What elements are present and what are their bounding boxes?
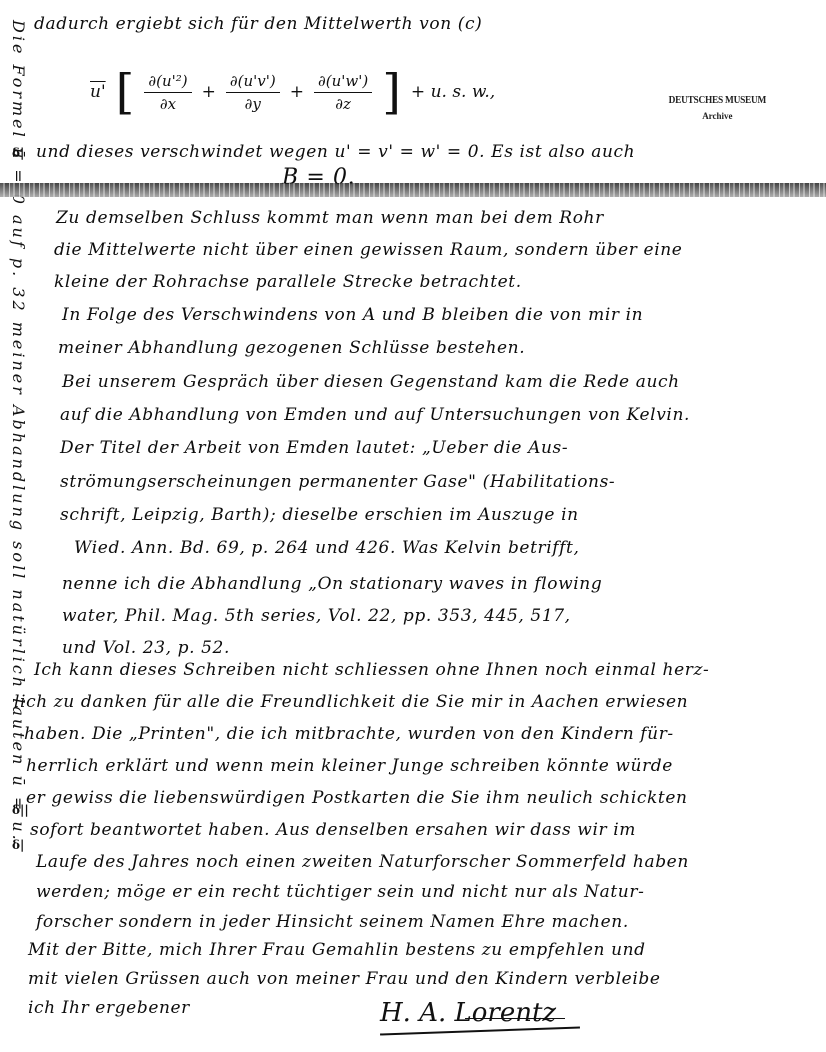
letter-line: nenne ich die Abhandlung „On stationary …	[62, 574, 602, 594]
letter-line: Mit der Bitte, mich Ihrer Frau Gemahlin …	[28, 940, 646, 960]
letter-line: werden; möge er ein recht tüchtiger sein…	[36, 882, 644, 902]
letter-line: Zu demselben Schluss kommt man wenn man …	[56, 208, 604, 228]
formula-term: ∂(u'w') ∂z	[314, 72, 372, 113]
archive-stamp: DEUTSCHES MUSEUM Archive	[660, 94, 775, 121]
letter-line: Der Titel der Arbeit von Emden lautet: „…	[60, 438, 568, 458]
formula-term: ∂(u'v') ∂y	[226, 72, 280, 113]
formula-bracket-open: [	[116, 68, 135, 116]
letter-line: strömungserscheinungen permanenter Gase"…	[60, 472, 615, 492]
formula-numerator: ∂(u'w')	[314, 72, 372, 93]
formula-plus: +	[202, 82, 216, 102]
formula-suffix: + u. s. w.,	[411, 82, 495, 102]
letter-line: schrift, Leipzig, Barth); dieselbe ersch…	[60, 505, 579, 525]
letter-line: und Vol. 23, p. 52.	[62, 638, 230, 658]
margin-marker: δ|	[12, 146, 24, 160]
letter-line: auf die Abhandlung von Emden und auf Unt…	[60, 405, 690, 425]
formula-numerator: ∂(u'v')	[226, 72, 280, 93]
letter-line: und dieses verschwindet wegen u' = v' = …	[36, 142, 635, 162]
letter-line: Wied. Ann. Bd. 69, p. 264 und 426. Was K…	[74, 538, 580, 558]
archive-stamp-title: DEUTSCHES MUSEUM	[669, 94, 766, 106]
letter-line: forscher sondern in jeder Hinsicht seine…	[36, 912, 629, 932]
letter-line: kleine der Rohrachse parallele Strecke b…	[54, 272, 522, 292]
signature-underline	[465, 1018, 565, 1019]
formula-bracket-close: ]	[382, 68, 401, 116]
margin-marker: δ|	[12, 838, 24, 852]
archive-stamp-subtitle: Archive	[660, 111, 775, 121]
letter-page: Die Formel ū = 0 auf p. 32 meiner Abhand…	[0, 0, 826, 1052]
letter-line: water, Phil. Mag. 5th series, Vol. 22, p…	[62, 606, 571, 626]
letter-line: meiner Abhandlung gezogenen Schlüsse bes…	[58, 338, 525, 358]
formula-denominator: ∂y	[245, 93, 261, 113]
letter-line: die Mittelwerte nicht über einen gewisse…	[54, 240, 682, 260]
letter-line: In Folge des Verschwindens von A und B b…	[62, 305, 643, 325]
letter-line: Laufe des Jahres noch einen zweiten Natu…	[36, 852, 689, 872]
letter-line: mit vielen Grüssen auch von meiner Frau …	[28, 969, 661, 989]
letter-line: ich Ihr ergebener	[28, 998, 190, 1018]
margin-note-text: Die Formel ū = 0 auf p. 32 meiner Abhand…	[9, 20, 28, 843]
formula-plus: +	[290, 82, 304, 102]
letter-line: herrlich erklärt und wenn mein kleiner J…	[26, 756, 673, 776]
letter-line: Bei unserem Gespräch über diesen Gegenst…	[62, 372, 680, 392]
letter-line: Ich kann dieses Schreiben nicht schliess…	[34, 660, 709, 680]
formula-prefix: u'	[90, 82, 106, 102]
formula-denominator: ∂x	[160, 93, 176, 113]
letter-line: er gewiss die liebenswürdigen Postkarten…	[26, 788, 688, 808]
letter-line: sofort beantwortet haben. Aus denselben …	[30, 820, 636, 840]
formula-term: ∂(u'²) ∂x	[144, 72, 191, 113]
letter-line: lich zu danken für alle die Freundlichke…	[14, 692, 688, 712]
formula-denominator: ∂z	[335, 93, 351, 113]
letter-line: haben. Die „Printen", die ich mitbrachte…	[24, 724, 674, 744]
letter-line: dadurch ergiebt sich für den Mittelwerth…	[34, 14, 482, 34]
formula: u' [ ∂(u'²) ∂x + ∂(u'v') ∂y + ∂(u'w') ∂z…	[90, 62, 495, 122]
formula-numerator: ∂(u'²)	[144, 72, 191, 93]
signature: H. A. Lorentz	[380, 998, 556, 1028]
scan-fold-fade	[0, 183, 826, 197]
